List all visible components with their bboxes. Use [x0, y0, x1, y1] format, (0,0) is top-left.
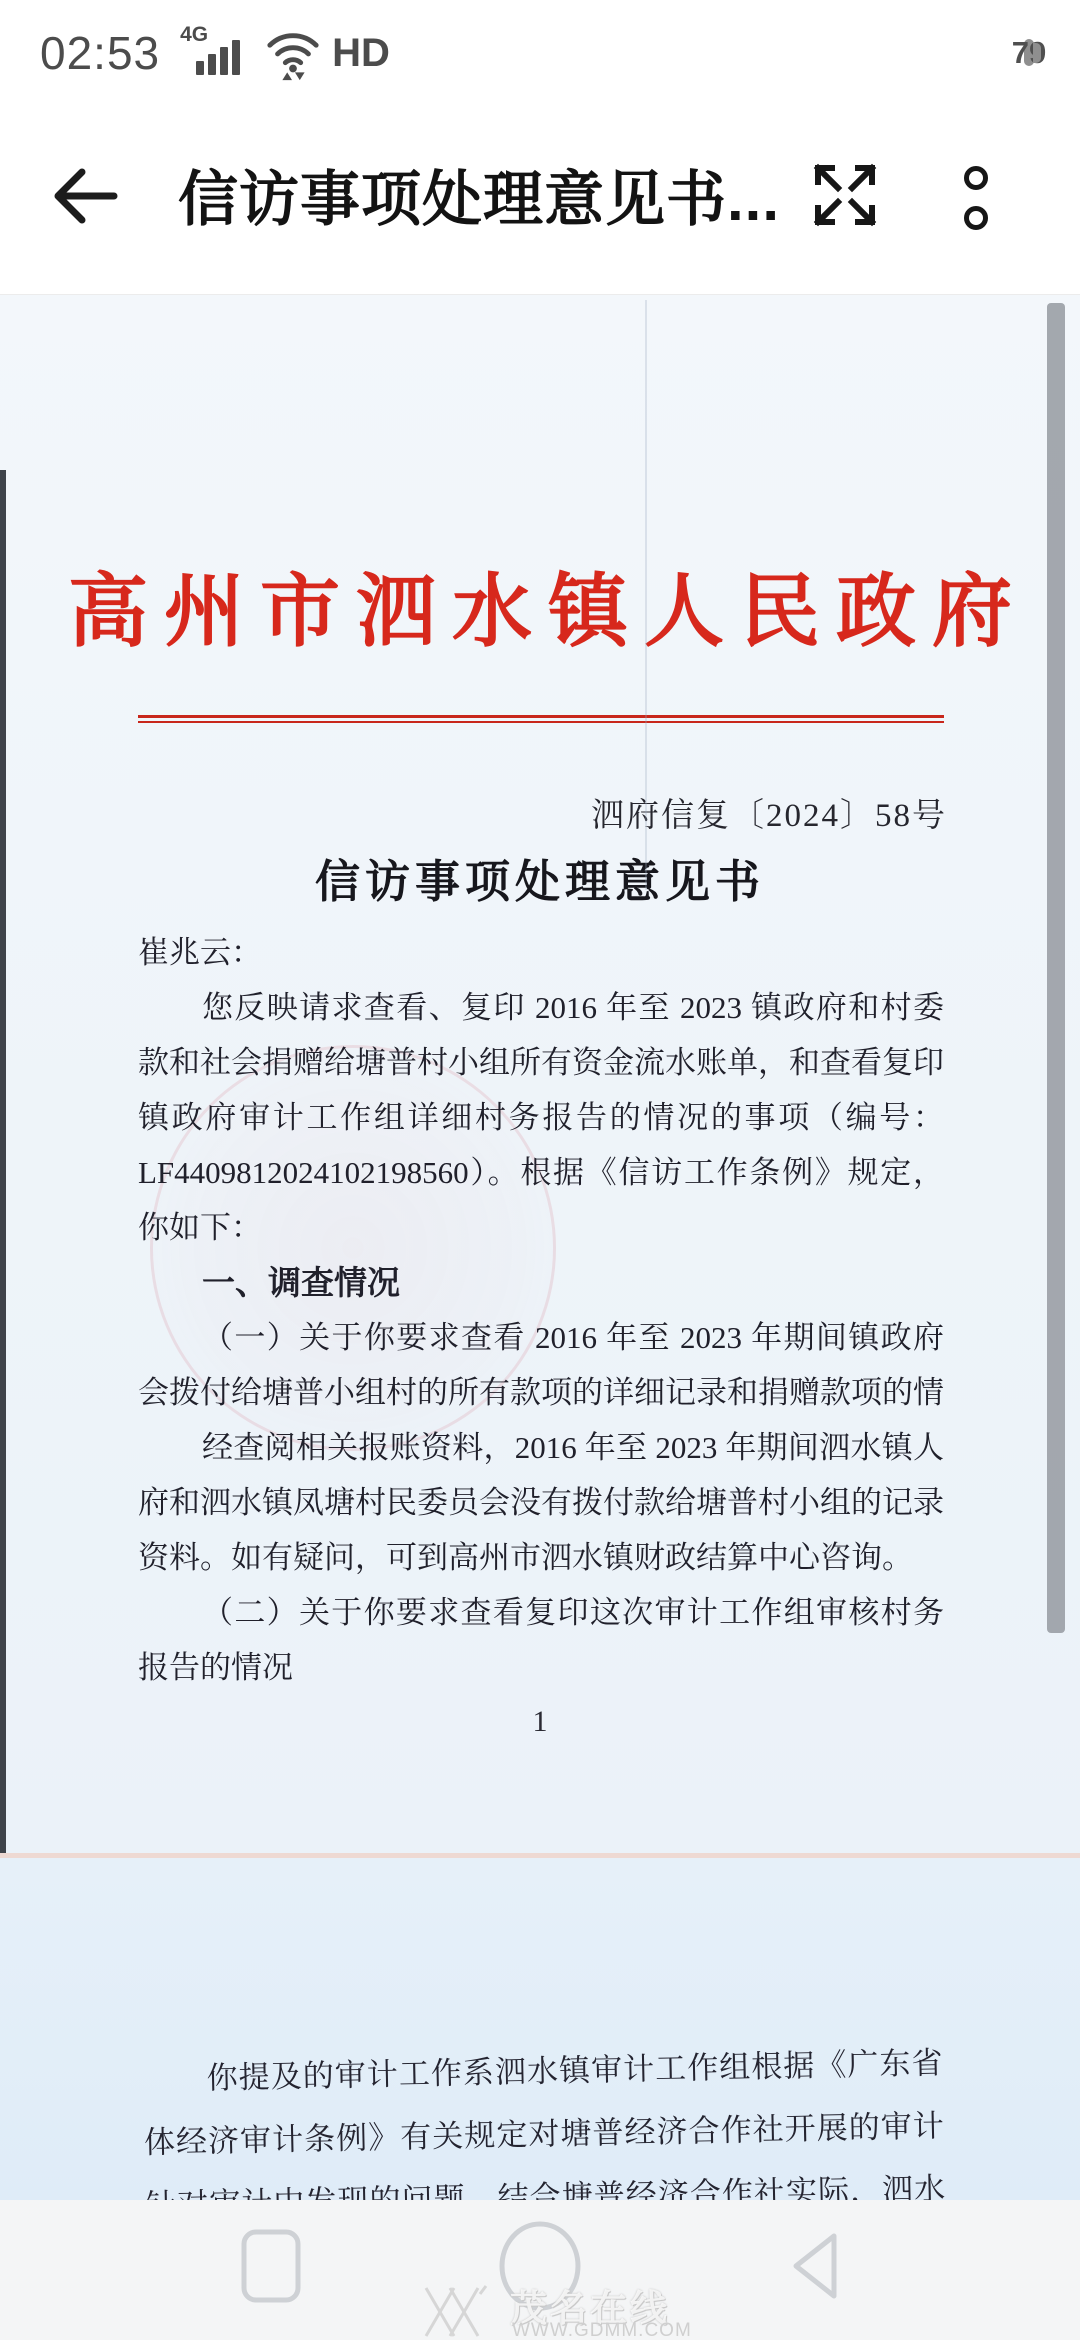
phone-screen: 02:53 4G HD 79 [0, 0, 1080, 2340]
document-text-line: 您反映请求查看、复印 2016 年至 2023 镇政府和村委会拨付 [138, 980, 944, 1035]
scan-edge-shadow [0, 470, 6, 1853]
document-viewer[interactable]: 高州市泗水镇人民政府 泗府信复〔2024〕58号 信访事项处理意见书 崔兆云：您… [0, 295, 1080, 2200]
scrollbar[interactable] [1047, 303, 1065, 1633]
document-body-page2: 你提及的审计工作系泗水镇审计工作组根据《广东省农村集体经济审计条例》有关规定对塘… [142, 2031, 946, 2200]
document-text-line: 报告的情况 [138, 1640, 944, 1695]
fullscreen-icon[interactable] [812, 162, 878, 228]
recents-button[interactable] [240, 2228, 302, 2304]
document-text-line: 府和泗水镇凤塘村民委员会没有拨付款给塘普村小组的记录和 [138, 1475, 944, 1530]
document-text-line: （二）关于你要求查看复印这次审计工作组审核村务的详细 [138, 1585, 944, 1640]
more-options-icon[interactable] [958, 158, 994, 238]
battery-nub [1033, 43, 1041, 63]
home-button[interactable] [498, 2220, 582, 2312]
document-page-2: 你提及的审计工作系泗水镇审计工作组根据《广东省农村集体经济审计条例》有关规定对塘… [0, 1858, 1080, 2200]
clock: 02:53 [40, 26, 160, 80]
status-bar-right: 79 [1024, 44, 1044, 62]
cellular-signal-icon: 4G [180, 27, 254, 79]
document-text-line: LF4409812024102198560）。根据《信访工作条例》规定，现答复 [138, 1145, 944, 1200]
upload-arrow-icon [282, 72, 292, 80]
document-text-line: 经查阅相关报账资料，2016 年至 2023 年期间泗水镇人民政 [138, 1420, 944, 1475]
document-body-page1: 崔兆云：您反映请求查看、复印 2016 年至 2023 镇政府和村委会拨付款和社… [138, 925, 944, 1695]
letterhead-org-title: 高州市泗水镇人民政府 [0, 547, 1080, 662]
app-header: 信访事项处理意见书... [0, 100, 1080, 295]
page-title: 信访事项处理意见书... [178, 150, 780, 250]
document-text-line: （一）关于你要求查看 2016 年至 2023 年期间镇政府及村委 [138, 1310, 944, 1365]
android-nav-bar [0, 2200, 1080, 2340]
back-triangle-button[interactable] [784, 2226, 842, 2306]
document-text-line: 一、调查情况 [138, 1255, 944, 1310]
letterhead-rule [138, 715, 944, 723]
back-icon[interactable] [50, 160, 122, 232]
document-title: 信访事项处理意见书 [0, 845, 1080, 910]
status-bar-left: 02:53 4G HD [40, 24, 390, 82]
scan-fold-line [645, 300, 647, 890]
status-bar: 02:53 4G HD 79 [0, 0, 1080, 100]
document-text-line: 款和社会捐赠给塘普村小组所有资金流水账单，和查看复印这次 [138, 1035, 944, 1090]
download-arrow-icon [295, 72, 305, 80]
hd-badge: HD [332, 31, 390, 76]
document-page-1: 高州市泗水镇人民政府 泗府信复〔2024〕58号 信访事项处理意见书 崔兆云：您… [0, 295, 1080, 1853]
document-text-line: 你如下： [138, 1200, 944, 1255]
document-text-line: 崔兆云： [138, 925, 944, 980]
wifi-icon [264, 24, 322, 82]
document-text-line: 镇政府审计工作组详细村务报告的情况的事项（编号： [138, 1090, 944, 1145]
battery-icon: 79 [1024, 39, 1034, 66]
signal-bars-icon [196, 40, 240, 75]
document-text-line: 资料。如有疑问，可到高州市泗水镇财政结算中心咨询。 [138, 1530, 944, 1585]
page-number: 1 [0, 1705, 1080, 1739]
document-text-line: 会拨付给塘普小组村的所有款项的详细记录和捐赠款项的情况 [138, 1365, 944, 1420]
